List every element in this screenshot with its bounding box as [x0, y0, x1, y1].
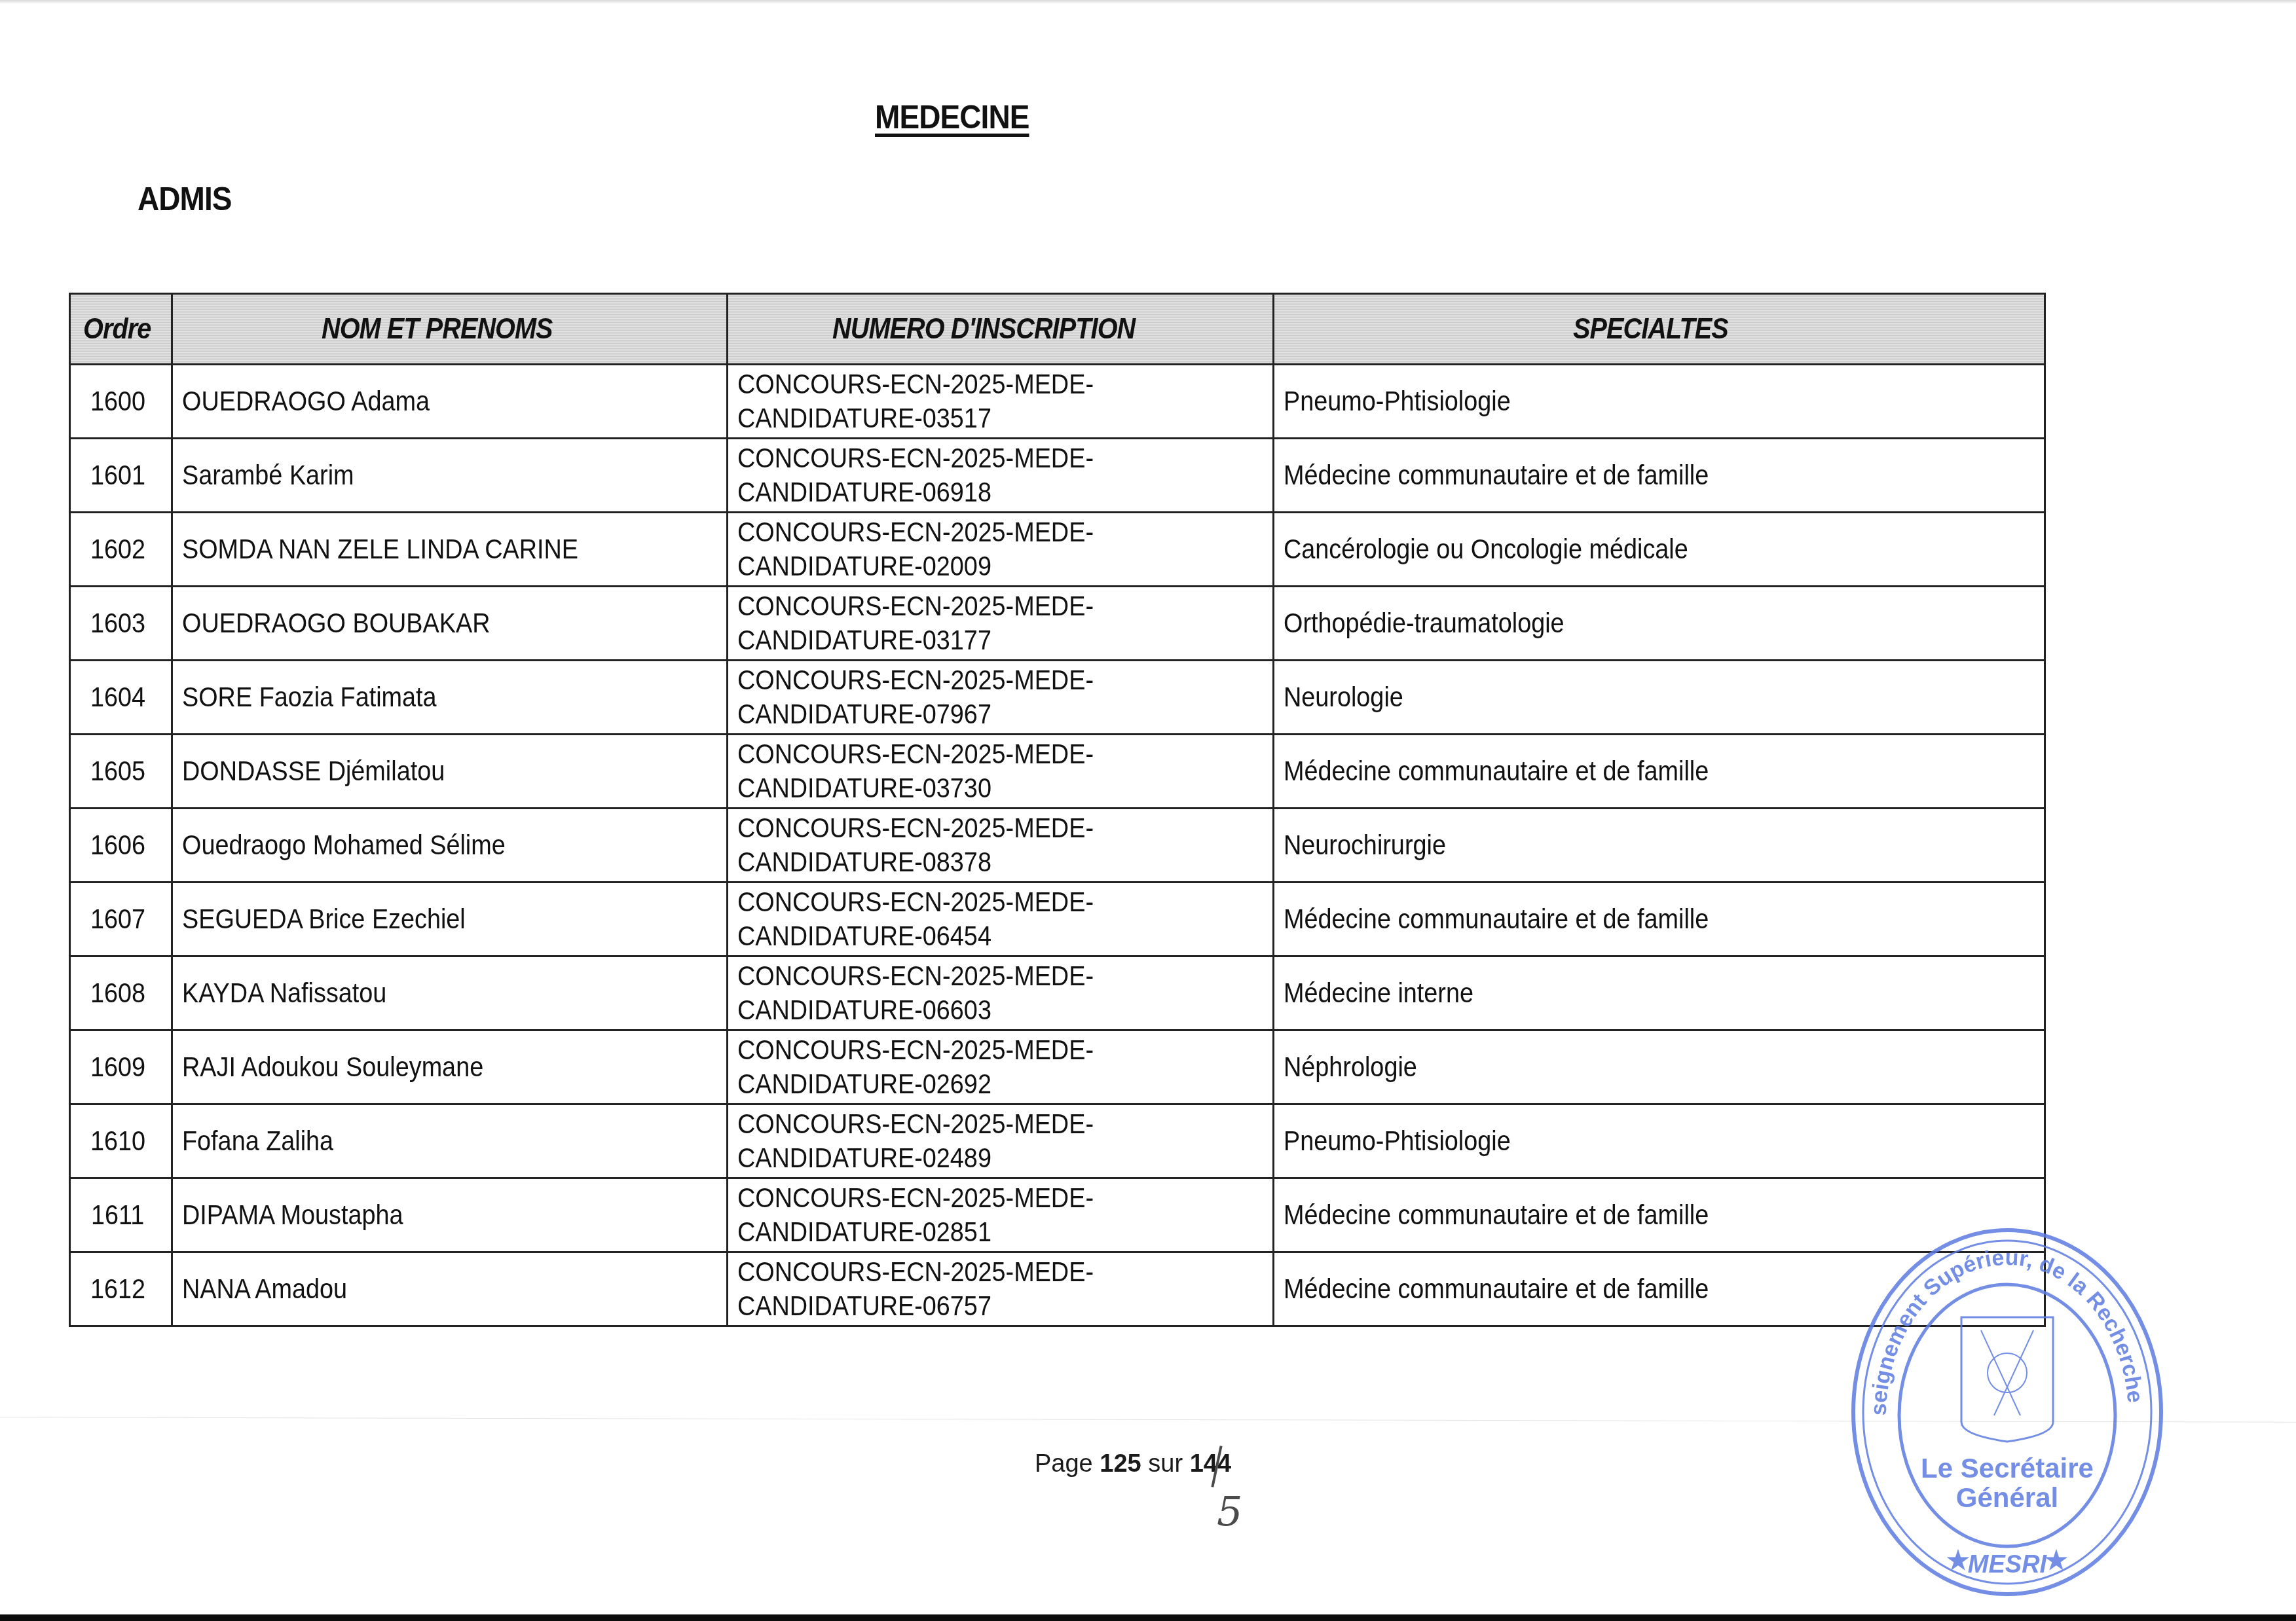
svg-text:★: ★ [1946, 1546, 1970, 1575]
total-pages: 144 [1190, 1450, 1231, 1478]
cell-nom: Fofana Zaliha [172, 1104, 728, 1178]
cell-numero: CONCOURS-ECN-2025-MEDE-CANDIDATURE-02692 [728, 1030, 1274, 1104]
results-table: Ordre NOM ET PRENOMS NUMERO D'INSCRIPTIO… [69, 293, 2046, 1327]
cell-ordre: 1606 [70, 809, 172, 883]
cell-ordre: 1610 [70, 1104, 172, 1178]
page-title: MEDECINE [875, 98, 1029, 136]
table-row: 1605DONDASSE DjémilatouCONCOURS-ECN-2025… [70, 735, 2045, 809]
cell-nom: RAJI Adoukou Souleymane [172, 1030, 728, 1104]
cell-ordre: 1608 [70, 956, 172, 1030]
cell-specialite: Neurochirurgie [1274, 809, 2045, 883]
cell-numero: CONCOURS-ECN-2025-MEDE-CANDIDATURE-06757 [728, 1252, 1274, 1326]
cell-ordre: 1611 [70, 1178, 172, 1252]
cell-nom: DIPAMA Moustapha [172, 1178, 728, 1252]
cell-specialite: Pneumo-Phtisiologie [1274, 365, 2045, 439]
svg-text:★: ★ [2045, 1546, 2068, 1575]
table-row: 1601Sarambé KarimCONCOURS-ECN-2025-MEDE-… [70, 439, 2045, 513]
cell-nom: Ouedraogo Mohamed Sélime [172, 809, 728, 883]
cell-numero: CONCOURS-ECN-2025-MEDE-CANDIDATURE-02009 [728, 513, 1274, 587]
cell-numero: CONCOURS-ECN-2025-MEDE-CANDIDATURE-06918 [728, 439, 1274, 513]
table-row: 1606Ouedraogo Mohamed SélimeCONCOURS-ECN… [70, 809, 2045, 883]
table-row: 1612NANA AmadouCONCOURS-ECN-2025-MEDE-CA… [70, 1252, 2045, 1326]
cell-ordre: 1605 [70, 735, 172, 809]
cell-nom: SEGUEDA Brice Ezechiel [172, 883, 728, 956]
cell-specialite: Cancérologie ou Oncologie médicale [1274, 513, 2045, 587]
cell-numero: CONCOURS-ECN-2025-MEDE-CANDIDATURE-06454 [728, 883, 1274, 956]
table-header-row: Ordre NOM ET PRENOMS NUMERO D'INSCRIPTIO… [70, 294, 2045, 365]
handwritten-correction: 5 [1217, 1487, 1242, 1535]
cell-numero: CONCOURS-ECN-2025-MEDE-CANDIDATURE-06603 [728, 956, 1274, 1030]
cell-nom: SOMDA NAN ZELE LINDA CARINE [172, 513, 728, 587]
cell-nom: DONDASSE Djémilatou [172, 735, 728, 809]
column-header-nom: NOM ET PRENOMS [172, 294, 728, 365]
cell-ordre: 1604 [70, 661, 172, 735]
cell-specialite: Neurologie [1274, 661, 2045, 735]
svg-text:Le Secrétaire: Le Secrétaire [1921, 1453, 2094, 1484]
section-heading: ADMIS [138, 180, 232, 218]
cell-nom: OUEDRAOGO Adama [172, 365, 728, 439]
table-row: 1603OUEDRAOGO BOUBAKARCONCOURS-ECN-2025-… [70, 587, 2045, 661]
cell-nom: OUEDRAOGO BOUBAKAR [172, 587, 728, 661]
current-page: 125 [1100, 1450, 1141, 1478]
svg-text:Ministère de l'Enseignement Su: Ministère de l'Enseignement Supérieur, d… [1847, 1226, 2148, 1416]
table-row: 1611DIPAMA MoustaphaCONCOURS-ECN-2025-ME… [70, 1178, 2045, 1252]
table-row: 1608KAYDA NafissatouCONCOURS-ECN-2025-ME… [70, 956, 2045, 1030]
cell-nom: KAYDA Nafissatou [172, 956, 728, 1030]
cell-numero: CONCOURS-ECN-2025-MEDE-CANDIDATURE-07967 [728, 661, 1274, 735]
table-row: 1604SORE Faozia FatimataCONCOURS-ECN-202… [70, 661, 2045, 735]
cell-ordre: 1609 [70, 1030, 172, 1104]
column-header-ordre: Ordre [70, 294, 172, 365]
cell-numero: CONCOURS-ECN-2025-MEDE-CANDIDATURE-03517 [728, 365, 1274, 439]
cell-specialite: Médecine interne [1274, 956, 2045, 1030]
cell-numero: CONCOURS-ECN-2025-MEDE-CANDIDATURE-08378 [728, 809, 1274, 883]
column-header-numero: NUMERO D'INSCRIPTION [728, 294, 1274, 365]
cell-specialite: Médecine communautaire et de famille [1274, 883, 2045, 956]
cell-nom: SORE Faozia Fatimata [172, 661, 728, 735]
scan-edge-bottom [0, 1614, 2296, 1621]
table-row: 1607SEGUEDA Brice EzechielCONCOURS-ECN-2… [70, 883, 2045, 956]
cell-numero: CONCOURS-ECN-2025-MEDE-CANDIDATURE-02489 [728, 1104, 1274, 1178]
cell-numero: CONCOURS-ECN-2025-MEDE-CANDIDATURE-03730 [728, 735, 1274, 809]
cell-ordre: 1612 [70, 1252, 172, 1326]
cell-specialite: Médecine communautaire et de famille [1274, 735, 2045, 809]
cell-ordre: 1602 [70, 513, 172, 587]
page-prefix: Page [1035, 1450, 1093, 1478]
page-separator: sur [1148, 1450, 1183, 1478]
stamp-seal-icon: Ministère de l'Enseignement Supérieur, d… [1847, 1226, 2168, 1599]
cell-numero: CONCOURS-ECN-2025-MEDE-CANDIDATURE-03177 [728, 587, 1274, 661]
table-row: 1600OUEDRAOGO AdamaCONCOURS-ECN-2025-MED… [70, 365, 2045, 439]
cell-numero: CONCOURS-ECN-2025-MEDE-CANDIDATURE-02851 [728, 1178, 1274, 1252]
column-header-specialites: SPECIALTES [1274, 294, 2045, 365]
table-row: 1609RAJI Adoukou SouleymaneCONCOURS-ECN-… [70, 1030, 2045, 1104]
table-row: 1610Fofana ZalihaCONCOURS-ECN-2025-MEDE-… [70, 1104, 2045, 1178]
cell-specialite: Orthopédie-traumatologie [1274, 587, 2045, 661]
svg-text:Général: Général [1956, 1482, 2058, 1513]
cell-ordre: 1603 [70, 587, 172, 661]
official-stamp: Ministère de l'Enseignement Supérieur, d… [1847, 1226, 2168, 1599]
page-number: Page 125 sur 144 [1035, 1450, 1231, 1478]
cell-nom: Sarambé Karim [172, 439, 728, 513]
table-row: 1602SOMDA NAN ZELE LINDA CARINECONCOURS-… [70, 513, 2045, 587]
cell-specialite: Néphrologie [1274, 1030, 2045, 1104]
cell-ordre: 1607 [70, 883, 172, 956]
cell-ordre: 1601 [70, 439, 172, 513]
cell-specialite: Médecine communautaire et de famille [1274, 439, 2045, 513]
cell-ordre: 1600 [70, 365, 172, 439]
svg-text:MESRI: MESRI [1968, 1551, 2048, 1578]
cell-specialite: Pneumo-Phtisiologie [1274, 1104, 2045, 1178]
cell-nom: NANA Amadou [172, 1252, 728, 1326]
scan-edge-top [0, 0, 2296, 4]
